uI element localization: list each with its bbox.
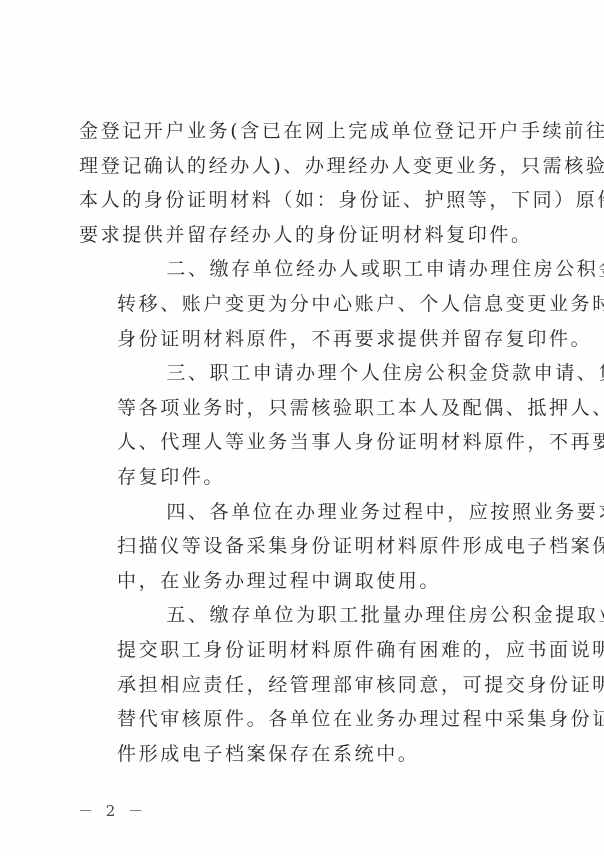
page-number: － 2 － xyxy=(78,800,147,821)
text-line: 本人的身份证明材料（如：身份证、护照等，下同）原件，不再 xyxy=(79,183,539,218)
text-line: 承担相应责任，经管理部审核同意，可提交身份证明材料复印件 xyxy=(79,668,539,703)
text-line: 等各项业务时，只需核验职工本人及配偶、抵押人、二手房售房 xyxy=(79,391,539,426)
text-line: 存复印件。 xyxy=(79,460,539,495)
document-page: 金登记开户业务(含已在网上完成单位登记开户手续前往柜台办 理登记确认的经办人)、… xyxy=(0,0,604,856)
text-line: 金登记开户业务(含已在网上完成单位登记开户手续前往柜台办 xyxy=(79,114,539,149)
text-line: 三、职工申请办理个人住房公积金贷款申请、贷款还款变更 xyxy=(79,356,539,391)
text-line: 人、代理人等业务当事人身份证明材料原件，不再要求提供并留 xyxy=(79,425,539,460)
text-line: 要求提供并留存经办人的身份证明材料复印件。 xyxy=(79,218,539,253)
text-line: 中，在业务办理过程中调取使用。 xyxy=(79,564,539,599)
paragraph-item-2: 二、缴存单位经办人或职工申请办理住房公积金提取、异地 转移、账户变更为分中心账户… xyxy=(79,252,539,356)
paragraph-item-5: 五、缴存单位为职工批量办理住房公积金提取业务时，认为 提交职工身份证明材料原件确… xyxy=(79,598,539,771)
paragraph-item-3: 三、职工申请办理个人住房公积金贷款申请、贷款还款变更 等各项业务时，只需核验职工… xyxy=(79,356,539,494)
text-line: 五、缴存单位为职工批量办理住房公积金提取业务时，认为 xyxy=(79,598,539,633)
text-line: 四、各单位在办理业务过程中，应按照业务要求通过高拍仪、 xyxy=(79,495,539,530)
text-line: 二、缴存单位经办人或职工申请办理住房公积金提取、异地 xyxy=(79,252,539,287)
text-line: 扫描仪等设备采集身份证明材料原件形成电子档案保存在系统 xyxy=(79,529,539,564)
text-line: 身份证明材料原件，不再要求提供并留存复印件。 xyxy=(79,322,539,357)
paragraph-item-4: 四、各单位在办理业务过程中，应按照业务要求通过高拍仪、 扫描仪等设备采集身份证明… xyxy=(79,495,539,599)
document-body: 金登记开户业务(含已在网上完成单位登记开户手续前往柜台办 理登记确认的经办人)、… xyxy=(79,114,539,771)
text-line: 件形成电子档案保存在系统中。 xyxy=(79,737,539,772)
text-line: 转移、账户变更为分中心账户、个人信息变更业务时，只需核验 xyxy=(79,287,539,322)
text-line: 替代审核原件。各单位在业务办理过程中采集身份证明材料复印 xyxy=(79,702,539,737)
text-line: 理登记确认的经办人)、办理经办人变更业务，只需核验经办人 xyxy=(79,149,539,184)
text-line: 提交职工身份证明材料原件确有困难的，应书面说明原因并承诺 xyxy=(79,633,539,668)
paragraph-continuation: 金登记开户业务(含已在网上完成单位登记开户手续前往柜台办 理登记确认的经办人)、… xyxy=(79,114,539,252)
